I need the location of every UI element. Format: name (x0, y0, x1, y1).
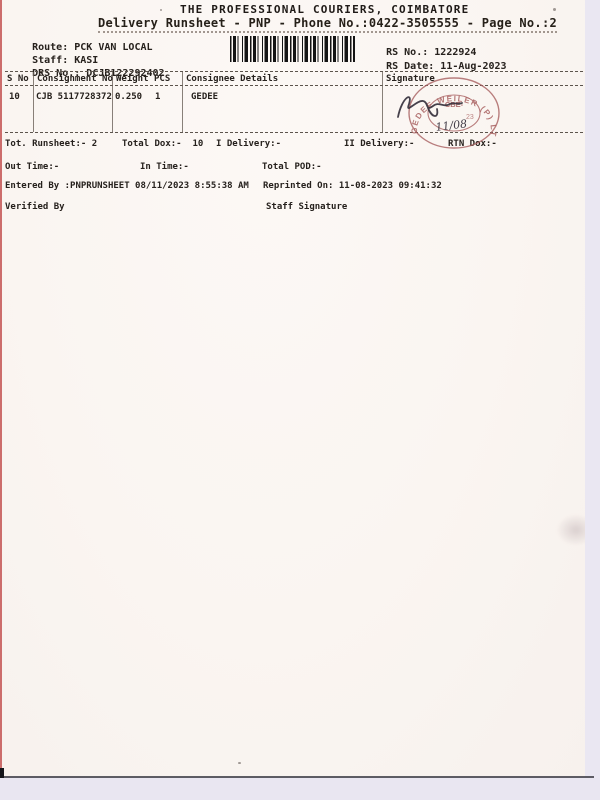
page-title: THE PROFESSIONAL COURIERS, COIMBATORE (180, 3, 469, 16)
scan-corner-mark (0, 768, 4, 778)
in-time: In Time:- (140, 162, 189, 172)
scanned-runsheet-page: THE PROFESSIONAL COURIERS, COIMBATORE De… (0, 0, 585, 777)
reprinted-on: Reprinted On: 11-08-2023 09:41:32 (263, 181, 442, 191)
scan-speck (160, 9, 162, 11)
table-column-divider (33, 72, 34, 132)
total-dox: Total Dox:- 10 (122, 139, 203, 149)
scan-speck (238, 762, 241, 764)
page-subtitle: Delivery Runsheet - PNP - Phone No.:0422… (98, 16, 557, 33)
page-left-edge-line (0, 0, 2, 776)
stamp-date-fragment: 23 (466, 114, 474, 121)
row-pcs: 1 (155, 92, 160, 102)
scanner-bed-bottom-edge (0, 778, 600, 800)
row-consignment: CJB 5117728372 (36, 92, 112, 102)
staff-signature: Staff Signature (266, 202, 347, 212)
verified-by: Verified By (5, 202, 65, 212)
col-header-consignee: Consignee Details (186, 74, 278, 84)
col-header-pcs: PCS (154, 74, 170, 84)
out-time: Out Time:- (5, 162, 59, 172)
i-delivery: I Delivery:- (216, 139, 281, 149)
row-sno: 10 (9, 92, 20, 102)
total-runsheet: Tot. Runsheet:- 2 (5, 139, 97, 149)
delivery-stamp: GEDEE WEILER (P) LTD CBE- 23 11/08 (392, 73, 512, 157)
row-weight: 0.250 (115, 92, 142, 102)
col-header-consignment: Consignment No (37, 74, 113, 84)
col-header-weight: Weight (116, 74, 149, 84)
handwritten-date: 11/08 (435, 117, 468, 134)
table-column-divider (382, 72, 383, 132)
scanner-bed-right-edge (585, 0, 600, 778)
entered-by: Entered By :PNPRUNSHEET 08/11/2023 8:55:… (5, 181, 249, 191)
row-consignee: GEDEE (191, 92, 218, 102)
col-header-sno: S No (7, 74, 29, 84)
barcode (230, 36, 355, 62)
table-column-divider (182, 72, 183, 132)
total-pod: Total POD:- (262, 162, 322, 172)
scan-speck (553, 8, 556, 11)
